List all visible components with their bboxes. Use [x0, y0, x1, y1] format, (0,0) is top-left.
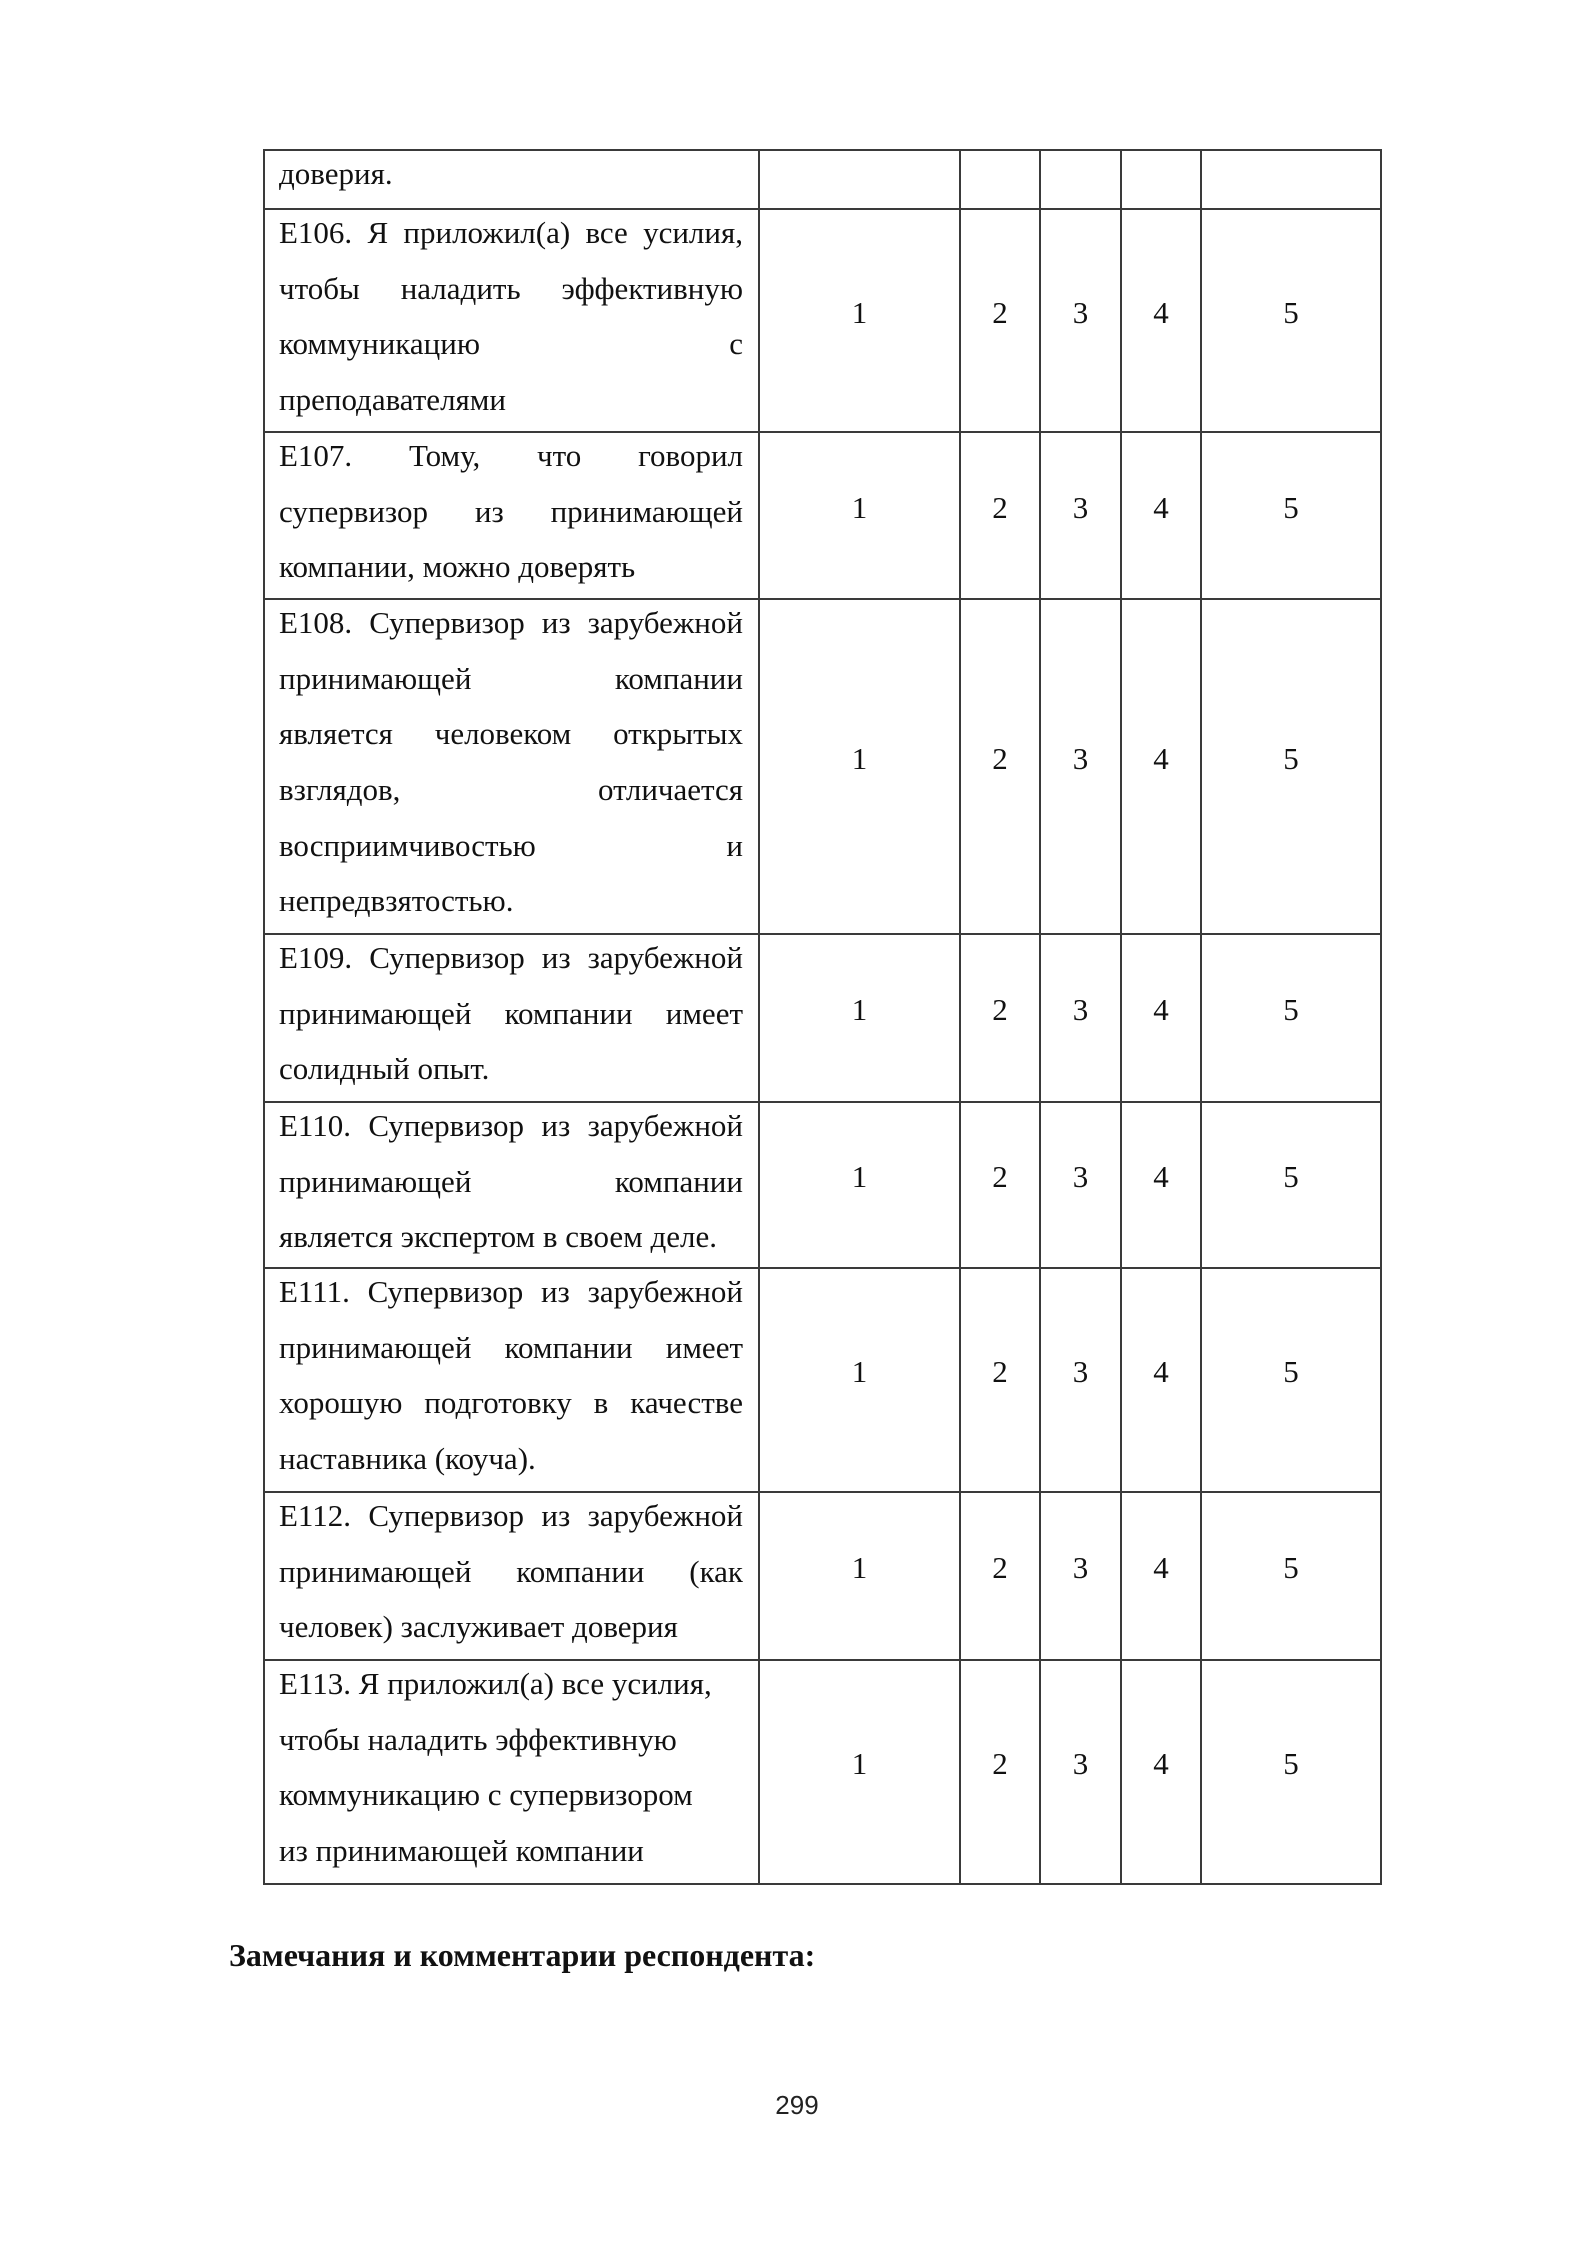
scale-value: 3 [1073, 295, 1089, 331]
table-row: доверия. [265, 151, 1380, 208]
scale-option-4[interactable]: 4 [1120, 600, 1200, 933]
statement-line: E110. Супервизор из зарубежной [279, 1103, 743, 1159]
scale-option-1[interactable] [758, 151, 959, 208]
table-row: E106. Я приложил(а) все усилия,чтобы нал… [265, 208, 1380, 431]
statement-line: E113. Я приложил(а) все усилия, [279, 1661, 743, 1717]
statement-line: восприимчивостью и [279, 823, 743, 879]
scale-value: 3 [1073, 741, 1089, 777]
scale-value: 5 [1283, 741, 1299, 777]
scale-value: 2 [992, 1354, 1008, 1390]
page-number: 299 [0, 2090, 1594, 2121]
statement-line: является человеком открытых [279, 711, 743, 767]
scale-option-3[interactable]: 3 [1039, 433, 1120, 598]
scale-value: 4 [1153, 741, 1169, 777]
scale-value: 5 [1283, 1550, 1299, 1586]
statement-line: компании, можно доверять [279, 544, 743, 600]
table-row: E107. Тому, что говорилсупервизор из при… [265, 431, 1380, 598]
statement-cell: E107. Тому, что говорилсупервизор из при… [265, 433, 758, 598]
scale-value: 1 [852, 741, 868, 777]
statement-line: принимающей компании [279, 656, 743, 712]
statement-line: доверия. [279, 151, 743, 207]
scale-option-4[interactable]: 4 [1120, 1103, 1200, 1267]
statement-line: принимающей компании (как [279, 1549, 743, 1605]
statement-line: является экспертом в своем деле. [279, 1214, 743, 1270]
scale-value: 1 [852, 490, 868, 526]
scale-option-5[interactable]: 5 [1200, 210, 1380, 431]
scale-value: 1 [852, 1159, 868, 1195]
questionnaire-table: доверия.E106. Я приложил(а) все усилия,ч… [263, 149, 1382, 1885]
table-row: E111. Супервизор из зарубежнойпринимающе… [265, 1267, 1380, 1491]
scale-option-3[interactable] [1039, 151, 1120, 208]
statement-line: солидный опыт. [279, 1046, 743, 1102]
scale-option-4[interactable]: 4 [1120, 1661, 1200, 1883]
scale-value: 4 [1153, 1550, 1169, 1586]
statement-cell: E112. Супервизор из зарубежнойпринимающе… [265, 1493, 758, 1659]
scale-value: 1 [852, 1550, 868, 1586]
statement-line: взглядов, отличается [279, 767, 743, 823]
scale-value: 4 [1153, 490, 1169, 526]
scale-option-1[interactable]: 1 [758, 1103, 959, 1267]
scale-value: 4 [1153, 1159, 1169, 1195]
scale-value: 5 [1283, 490, 1299, 526]
scale-option-5[interactable]: 5 [1200, 935, 1380, 1101]
statement-line: E109. Супервизор из зарубежной [279, 935, 743, 991]
scale-option-1[interactable]: 1 [758, 433, 959, 598]
scale-option-2[interactable]: 2 [959, 1269, 1039, 1491]
statement-line: непредвзятостью. [279, 878, 743, 934]
scale-option-5[interactable] [1200, 151, 1380, 208]
scale-value: 4 [1153, 1354, 1169, 1390]
statement-line: E111. Супервизор из зарубежной [279, 1269, 743, 1325]
scale-option-1[interactable]: 1 [758, 210, 959, 431]
scale-option-3[interactable]: 3 [1039, 1103, 1120, 1267]
scale-option-2[interactable]: 2 [959, 600, 1039, 933]
statement-line: из принимающей компании [279, 1828, 743, 1884]
scale-option-2[interactable]: 2 [959, 210, 1039, 431]
statement-line: коммуникацию с [279, 321, 743, 377]
scale-value: 2 [992, 741, 1008, 777]
statement-line: чтобы наладить эффективную [279, 266, 743, 322]
scale-value: 3 [1073, 1550, 1089, 1586]
scale-value: 1 [852, 295, 868, 331]
scale-option-3[interactable]: 3 [1039, 1661, 1120, 1883]
scale-value: 3 [1073, 1159, 1089, 1195]
scale-option-4[interactable]: 4 [1120, 433, 1200, 598]
statement-cell: E106. Я приложил(а) все усилия,чтобы нал… [265, 210, 758, 431]
table-row: E109. Супервизор из зарубежнойпринимающе… [265, 933, 1380, 1101]
scale-option-5[interactable]: 5 [1200, 1661, 1380, 1883]
scale-option-3[interactable]: 3 [1039, 935, 1120, 1101]
scale-value: 1 [852, 1746, 868, 1782]
statement-line: наставника (коуча). [279, 1436, 743, 1492]
scale-option-1[interactable]: 1 [758, 935, 959, 1101]
statement-line: принимающей компании [279, 1159, 743, 1215]
statement-line: E106. Я приложил(а) все усилия, [279, 210, 743, 266]
scale-option-2[interactable]: 2 [959, 1493, 1039, 1659]
statement-line: принимающей компании имеет [279, 1325, 743, 1381]
scale-value: 1 [852, 1354, 868, 1390]
table-row: E113. Я приложил(а) все усилия,чтобы нал… [265, 1659, 1380, 1883]
statement-cell: E113. Я приложил(а) все усилия,чтобы нал… [265, 1661, 758, 1883]
scale-option-5[interactable]: 5 [1200, 1269, 1380, 1491]
table-row: E112. Супервизор из зарубежнойпринимающе… [265, 1491, 1380, 1659]
scale-value: 2 [992, 295, 1008, 331]
scale-value: 2 [992, 1550, 1008, 1586]
scale-option-4[interactable]: 4 [1120, 935, 1200, 1101]
scale-option-1[interactable]: 1 [758, 1661, 959, 1883]
scale-option-4[interactable]: 4 [1120, 210, 1200, 431]
scale-value: 5 [1283, 1159, 1299, 1195]
statement-line: E112. Супервизор из зарубежной [279, 1493, 743, 1549]
table-row: E108. Супервизор из зарубежнойпринимающе… [265, 598, 1380, 933]
scale-option-5[interactable]: 5 [1200, 1103, 1380, 1267]
statement-cell: E111. Супервизор из зарубежнойпринимающе… [265, 1269, 758, 1491]
scale-value: 4 [1153, 295, 1169, 331]
scale-value: 3 [1073, 490, 1089, 526]
scale-option-2[interactable]: 2 [959, 1103, 1039, 1267]
scale-value: 5 [1283, 295, 1299, 331]
scale-option-4[interactable]: 4 [1120, 1269, 1200, 1491]
scale-option-3[interactable]: 3 [1039, 210, 1120, 431]
scale-value: 4 [1153, 992, 1169, 1028]
scale-option-2[interactable]: 2 [959, 935, 1039, 1101]
scale-option-4[interactable]: 4 [1120, 1493, 1200, 1659]
scale-value: 3 [1073, 992, 1089, 1028]
scale-option-5[interactable]: 5 [1200, 433, 1380, 598]
statement-line: E107. Тому, что говорил [279, 433, 743, 489]
scale-value: 2 [992, 1746, 1008, 1782]
statement-line: чтобы наладить эффективную [279, 1717, 743, 1773]
scale-option-2[interactable]: 2 [959, 433, 1039, 598]
scale-value: 2 [992, 490, 1008, 526]
scale-option-2[interactable]: 2 [959, 1661, 1039, 1883]
scale-value: 5 [1283, 1746, 1299, 1782]
statement-line: E108. Супервизор из зарубежной [279, 600, 743, 656]
statement-cell: E108. Супервизор из зарубежнойпринимающе… [265, 600, 758, 933]
scale-value: 2 [992, 992, 1008, 1028]
scale-option-4[interactable] [1120, 151, 1200, 208]
statement-line: принимающей компании имеет [279, 991, 743, 1047]
statement-cell: доверия. [265, 151, 758, 208]
scale-value: 3 [1073, 1354, 1089, 1390]
scale-option-1[interactable]: 1 [758, 1493, 959, 1659]
statement-line: хорошую подготовку в качестве [279, 1380, 743, 1436]
scale-option-5[interactable]: 5 [1200, 1493, 1380, 1659]
scale-value: 4 [1153, 1746, 1169, 1782]
scale-value: 5 [1283, 1354, 1299, 1390]
scale-value: 5 [1283, 992, 1299, 1028]
scale-option-1[interactable]: 1 [758, 1269, 959, 1491]
statement-cell: E109. Супервизор из зарубежнойпринимающе… [265, 935, 758, 1101]
scale-option-2[interactable] [959, 151, 1039, 208]
scale-option-3[interactable]: 3 [1039, 1493, 1120, 1659]
scale-option-1[interactable]: 1 [758, 600, 959, 933]
statement-line: преподавателями [279, 377, 743, 433]
scale-value: 2 [992, 1159, 1008, 1195]
statement-cell: E110. Супервизор из зарубежнойпринимающе… [265, 1103, 758, 1267]
table-row: E110. Супервизор из зарубежнойпринимающе… [265, 1101, 1380, 1267]
document-page: доверия.E106. Я приложил(а) все усилия,ч… [0, 0, 1594, 2250]
scale-option-5[interactable]: 5 [1200, 600, 1380, 933]
scale-option-3[interactable]: 3 [1039, 600, 1120, 933]
scale-value: 3 [1073, 1746, 1089, 1782]
statement-line: человек) заслуживает доверия [279, 1604, 743, 1660]
statement-line: супервизор из принимающей [279, 489, 743, 545]
comments-heading: Замечания и комментарии респондента: [229, 1937, 815, 1974]
statement-line: коммуникацию с супервизором [279, 1772, 743, 1828]
scale-value: 1 [852, 992, 868, 1028]
scale-option-3[interactable]: 3 [1039, 1269, 1120, 1491]
